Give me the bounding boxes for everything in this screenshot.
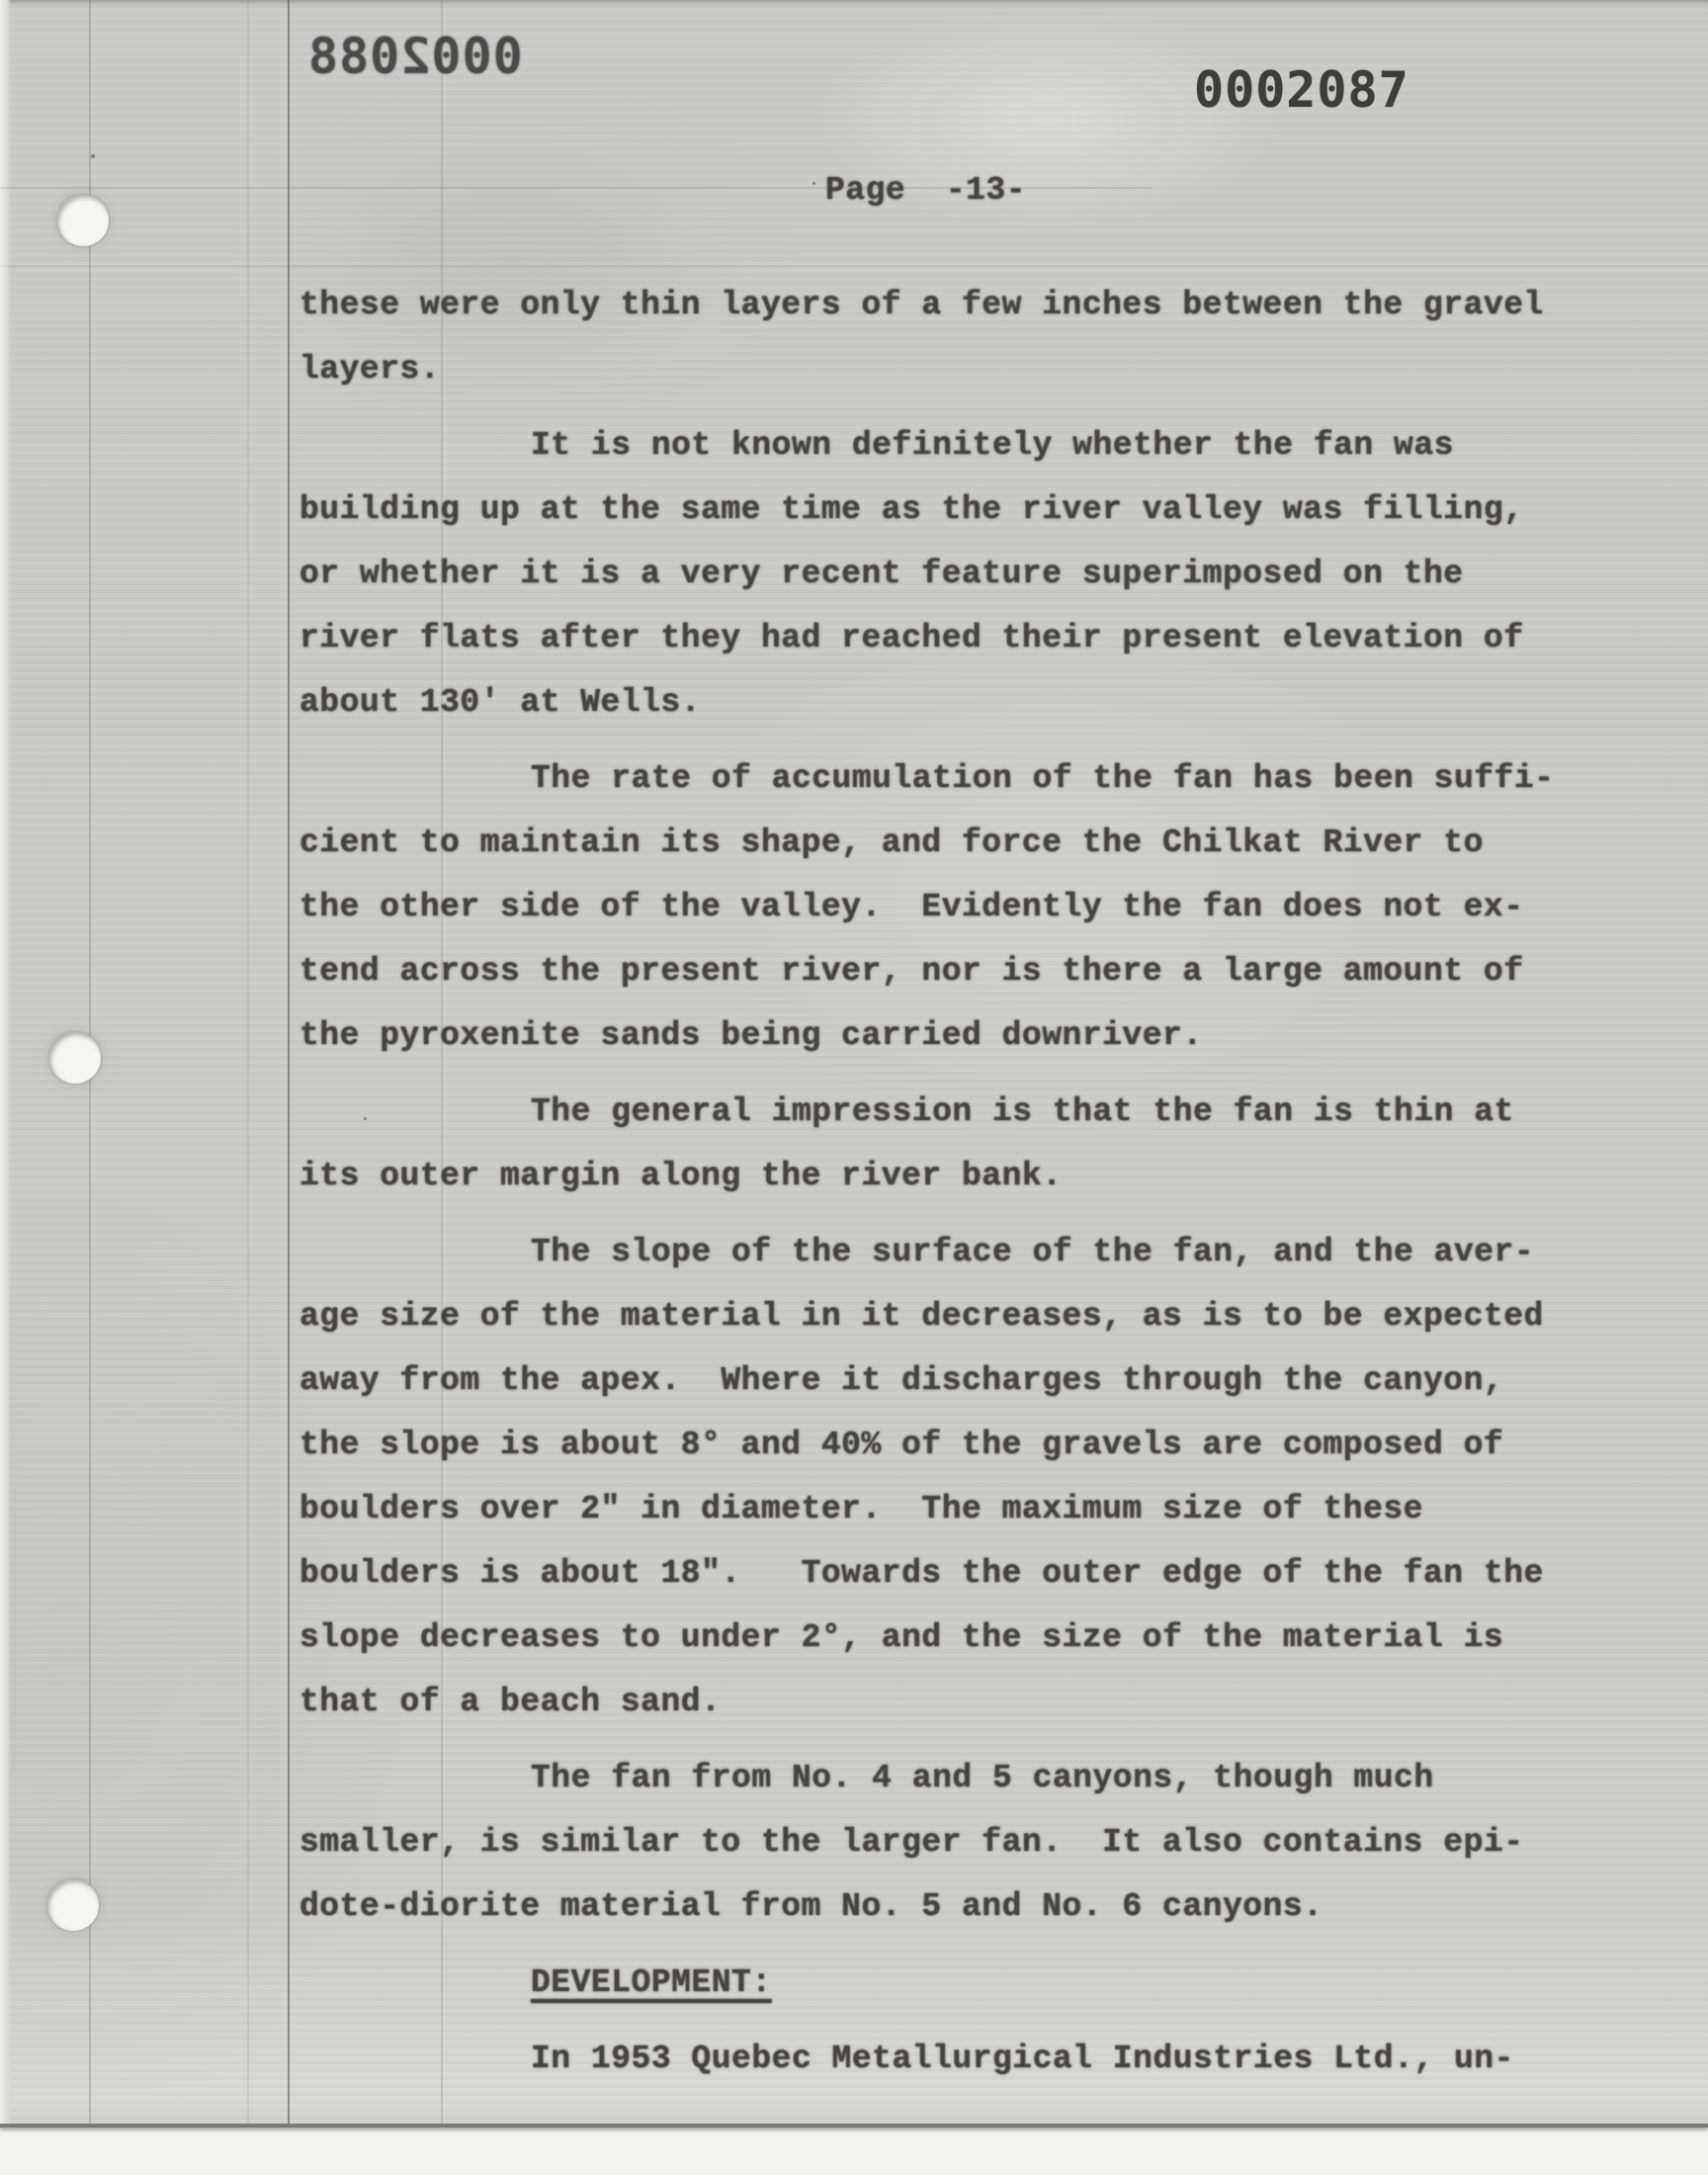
page-left-edge bbox=[0, 0, 11, 2124]
punch-hole-middle bbox=[49, 1032, 101, 1084]
doc-line: The fan from No. 4 and 5 canyons, though… bbox=[299, 1746, 1614, 1810]
page-id-stamp: 0002087 bbox=[1194, 65, 1409, 115]
margin-rule-line bbox=[288, 0, 290, 2124]
doc-line: smaller, is similar to the larger fan. I… bbox=[299, 1810, 1614, 1874]
doc-line: age size of the material in it decreases… bbox=[299, 1284, 1614, 1348]
doc-line: river flats after they had reached their… bbox=[299, 606, 1614, 670]
doc-line: cient to maintain its shape, and force t… bbox=[299, 811, 1614, 875]
bleedthrough-number-stamp: 0002088 bbox=[307, 32, 523, 81]
doc-line: these were only thin layers of a few inc… bbox=[299, 273, 1614, 337]
punch-hole-bottom bbox=[47, 1879, 99, 1931]
doc-line: or whether it is a very recent feature s… bbox=[299, 542, 1614, 606]
doc-line: The general impression is that the fan i… bbox=[299, 1080, 1614, 1144]
scanned-page: 0002088 0002087 Page -13- these were onl… bbox=[0, 0, 1708, 2128]
doc-line: its outer margin along the river bank. bbox=[299, 1144, 1614, 1208]
doc-line: boulders over 2" in diameter. The maximu… bbox=[299, 1477, 1614, 1541]
doc-line: tend across the present river, nor is th… bbox=[299, 939, 1614, 1003]
doc-line: dote-diorite material from No. 5 and No.… bbox=[299, 1874, 1614, 1939]
doc-line: that of a beach sand. bbox=[299, 1670, 1614, 1734]
doc-line: boulders is about 18". Towards the outer… bbox=[299, 1541, 1614, 1606]
doc-line: The slope of the surface of the fan, and… bbox=[299, 1220, 1614, 1284]
doc-line: layers. bbox=[299, 337, 1614, 401]
doc-line: In 1953 Quebec Metallurgical Industries … bbox=[299, 2027, 1614, 2091]
doc-line: The rate of accumulation of the fan has … bbox=[299, 746, 1614, 811]
doc-line: the other side of the valley. Evidently … bbox=[299, 875, 1614, 939]
doc-line: the slope is about 8° and 40% of the gra… bbox=[299, 1413, 1614, 1477]
scan-streak-2 bbox=[0, 265, 1708, 267]
document-body: these were only thin layers of a few inc… bbox=[299, 273, 1614, 2091]
ink-speck bbox=[91, 154, 95, 158]
doc-line: away from the apex. Where it discharges … bbox=[299, 1348, 1614, 1413]
doc-line: building up at the same time as the rive… bbox=[299, 478, 1614, 542]
paper-crease-line bbox=[247, 0, 249, 2124]
section-heading: DEVELOPMENT: bbox=[299, 1951, 1614, 2015]
doc-line: about 130' at Wells. bbox=[299, 670, 1614, 735]
ink-speck bbox=[812, 182, 815, 185]
page-number: Page -13- bbox=[825, 172, 1026, 209]
page-top-edge bbox=[0, 0, 1708, 5]
doc-line: It is not known definitely whether the f… bbox=[299, 413, 1614, 478]
doc-line: the pyroxenite sands being carried downr… bbox=[299, 1003, 1614, 1068]
doc-line: slope decreases to under 2°, and the siz… bbox=[299, 1606, 1614, 1670]
punch-hole-top bbox=[57, 195, 109, 246]
